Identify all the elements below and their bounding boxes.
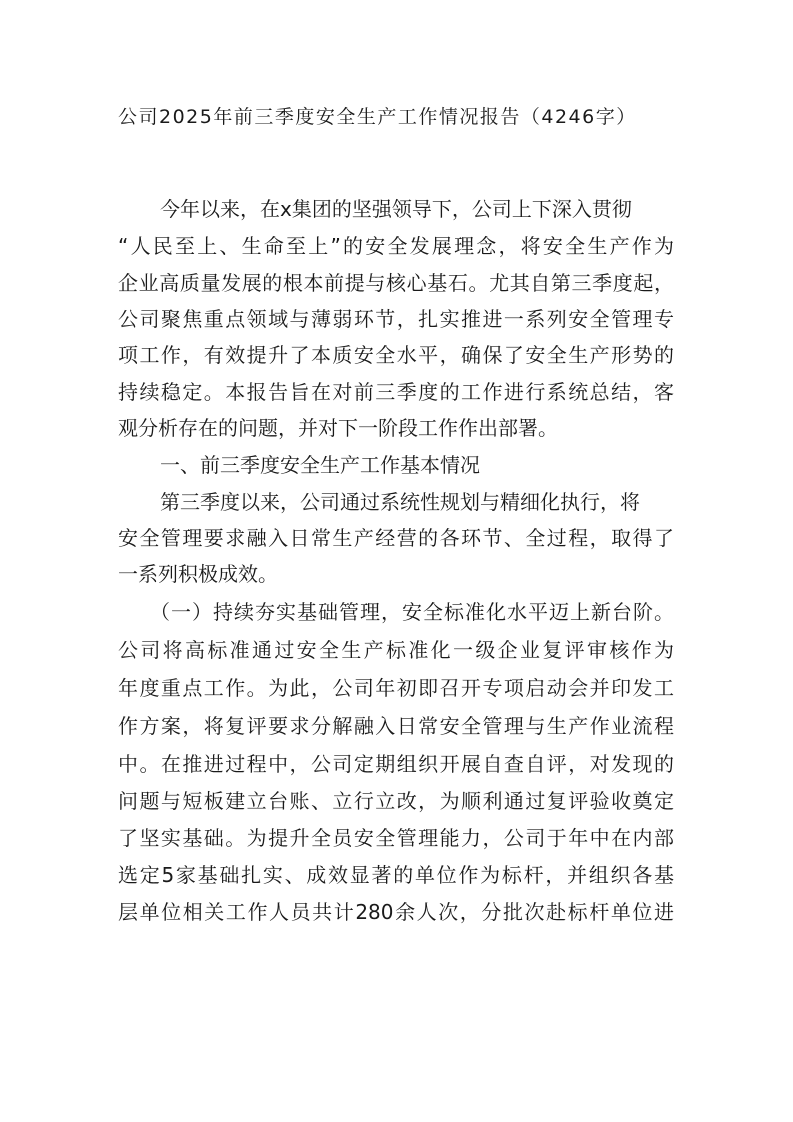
paragraph-line: “人民至上、生命至上”的安全发展理念，将安全生产作为 [118, 234, 674, 258]
paragraph-line: 选定5家基础扎实、成效显著的单位作为标杆，并组织各基 [118, 863, 674, 887]
paragraph-line: 一系列积极成效。 [118, 562, 674, 586]
paragraph-line: 安全管理要求融入日常生产经营的各环节、全过程，取得了 [118, 526, 674, 550]
paragraph-line: 项工作，有效提升了本质安全水平，确保了安全生产形势的 [118, 343, 674, 367]
section-heading: 一、前三季度安全生产工作基本情况 [160, 453, 674, 477]
paragraph-line: 观分析存在的问题，并对下一阶段工作作出部署。 [118, 416, 674, 440]
paragraph-line: 层单位相关工作人员共计280余人次，分批次赴标杆单位进 [118, 900, 674, 924]
paragraph-line: 公司将高标准通过安全生产标准化一级企业复评审核作为 [118, 638, 674, 662]
paragraph-line: 中。在推进过程中，公司定期组织开展自查自评，对发现的 [118, 752, 674, 776]
paragraph-line: 持续稳定。本报告旨在对前三季度的工作进行系统总结，客 [118, 380, 674, 404]
document-page: 公司2025年前三季度安全生产工作情况报告（4246字） 今年以来，在x集团的坚… [0, 0, 793, 1122]
paragraph-line: 今年以来，在x集团的坚强领导下，公司上下深入贯彻 [160, 197, 674, 221]
document-title: 公司2025年前三季度安全生产工作情况报告（4246字） [118, 104, 637, 130]
paragraph-line: 公司聚焦重点领域与薄弱环节，扎实推进一系列安全管理专 [118, 307, 674, 331]
paragraph-line: 问题与短板建立台账、立行立改，为顺利通过复评验收奠定 [118, 789, 674, 813]
paragraph-line: 作方案，将复评要求分解融入日常安全管理与生产作业流程 [118, 714, 674, 738]
paragraph-line: 企业高质量发展的根本前提与核心基石。尤其自第三季度起， [118, 271, 674, 295]
paragraph-line: 第三季度以来，公司通过系统性规划与精细化执行，将 [160, 490, 674, 514]
subsection-heading: （一）持续夯实基础管理，安全标准化水平迈上新台阶。 [150, 600, 674, 624]
paragraph-line: 了坚实基础。为提升全员安全管理能力，公司于年中在内部 [118, 826, 674, 850]
paragraph-line: 年度重点工作。为此，公司年初即召开专项启动会并印发工 [118, 676, 674, 700]
